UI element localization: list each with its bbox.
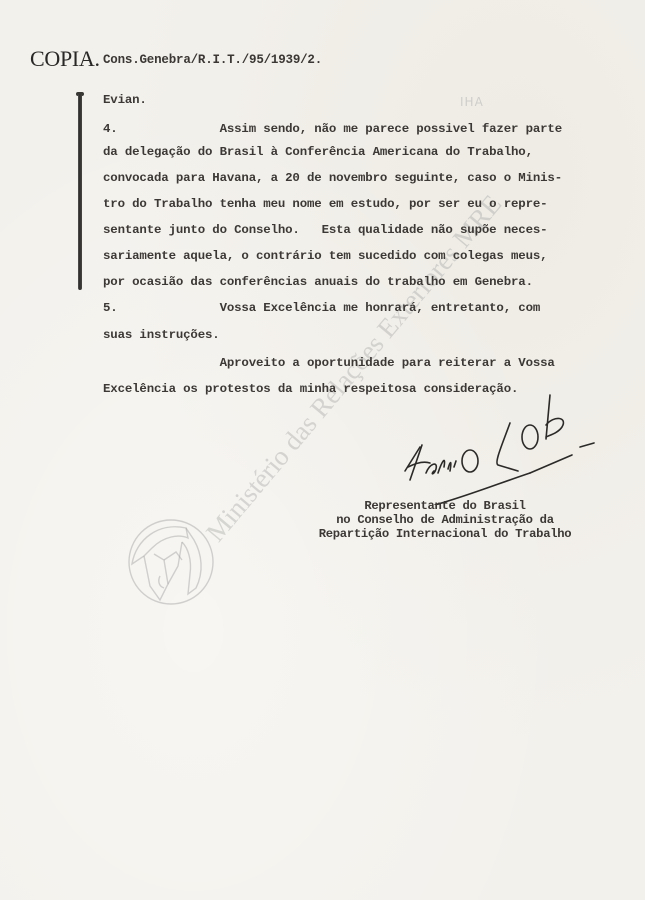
body-line: sariamente aquela, o contrário tem suced… — [103, 249, 547, 263]
margin-mark-line — [78, 94, 82, 290]
body-line: suas instruções. — [103, 328, 220, 342]
body-line-evian: Evian. — [103, 93, 147, 107]
body-line: 4. Assim sendo, não me parece possivel f… — [103, 122, 562, 136]
mre-seal-icon — [124, 514, 218, 608]
document-page: Ministério das Relações Exteriores MRE I… — [0, 0, 645, 900]
signatory-title-line-1: Representante do Brasil — [300, 499, 590, 513]
body-line: sentante junto do Conselho. Esta qualida… — [103, 223, 547, 237]
handwritten-signature: Helio Lobo — [390, 375, 600, 505]
body-line: 5. Vossa Excelência me honrará, entretan… — [103, 301, 540, 315]
body-line: Aproveito a oportunidade para reiterar a… — [103, 356, 555, 370]
body-line: tro do Trabalho tenha meu nome em estudo… — [103, 197, 547, 211]
body-line: por ocasião das conferências anuais do t… — [103, 275, 533, 289]
body-line: convocada para Havana, a 20 de novembro … — [103, 171, 562, 185]
signatory-title-line-3: Repartição Internacional do Trabalho — [300, 527, 590, 541]
signatory-title-line-2: no Conselho de Administração da — [300, 513, 590, 527]
document-reference: Cons.Genebra/R.I.T./95/1939/2. — [103, 53, 322, 67]
pencil-annotation: IHA — [460, 95, 484, 109]
body-line: da delegação do Brasil à Conferência Ame… — [103, 145, 533, 159]
copia-stamp: COPIA. — [30, 46, 100, 72]
signatory-title: Representante do Brasil no Conselho de A… — [300, 499, 590, 541]
